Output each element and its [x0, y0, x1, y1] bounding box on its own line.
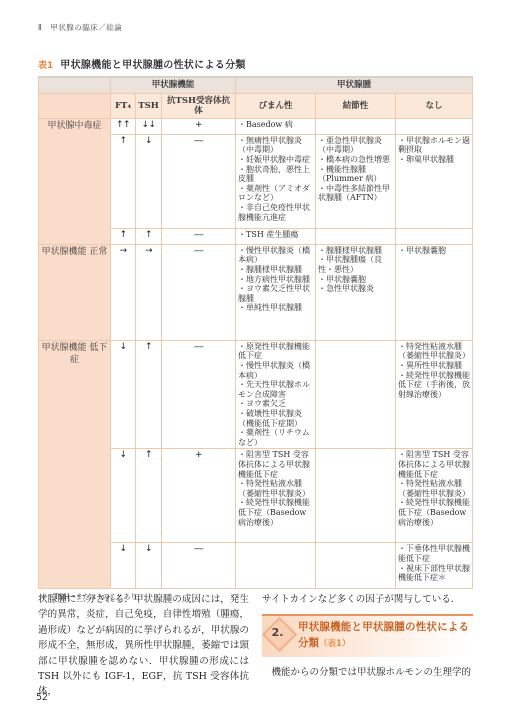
column-group-goiter: 甲状腺腫: [236, 77, 473, 93]
cell-tsh: ↑: [136, 228, 162, 244]
col-header-trab: 抗TSH受容体抗体: [162, 93, 236, 118]
cell-ft4: ↓: [111, 340, 136, 449]
list-item: TSH 産生腫瘍: [238, 230, 313, 240]
list-item: 先天性甲状腺ホルモン合成障害: [238, 380, 313, 399]
list-item: 特発性粘液水腫（萎縮性甲状腺炎）: [398, 342, 470, 361]
list-item: 急性甲状腺炎: [318, 284, 393, 294]
list-item: 単純性甲状腺腫: [238, 303, 313, 313]
cell-ft4: ↑↑: [111, 118, 136, 134]
list-item: 妊娠甲状腺中毒症: [238, 155, 313, 165]
cell-none: [396, 118, 473, 134]
list-item: 続発性甲状腺機能低下症（Basedow 病治療後）: [238, 498, 313, 527]
column-group-function: 甲状腺機能: [111, 77, 236, 93]
body-column-left: 状腺腫に二分される．甲状腺腫の成因には，発生学的異常，炎症，自己免疫，自律性増殖…: [38, 592, 249, 700]
list-item: ヨウ素欠乏性甲状腺腫: [238, 284, 313, 303]
list-item: ヨウ素欠乏: [238, 399, 313, 409]
list-item: 続発性甲状腺機能低下症（Basedow 病治療後）: [398, 498, 470, 527]
list-item: 特発性粘液水腫（萎縮性甲状腺炎）: [398, 479, 470, 498]
list-item: 機能性腺腫（Plummer 病）: [318, 165, 393, 184]
cell-trab: ―: [162, 244, 236, 340]
cell-none: 特発性粘液水腫（萎縮性甲状腺炎）異所性甲状腺腫続発性甲状腺機能低下症（手術後，放…: [396, 340, 473, 449]
cell-none: 下垂体性甲状腺機能低下症視床下部性甲状腺機能低下症＊: [396, 543, 473, 589]
group-label-euthyroid: 甲状腺機能 正常: [39, 244, 111, 340]
list-item: 橋本病の急性増悪: [318, 155, 393, 165]
cell-ft4: →: [111, 244, 136, 340]
cell-trab: ―: [162, 543, 236, 589]
cell-nodular: [316, 543, 396, 589]
list-item: 薬剤性（リチウムなど）: [238, 428, 313, 447]
table-caption-title: 甲状腺機能と甲状腺腫の性状による分類: [60, 56, 245, 71]
list-item: 特発性粘液水腫（萎縮性甲状腺炎）: [238, 479, 313, 498]
list-item: 慢性甲状腺炎（橋本病）: [238, 246, 313, 265]
running-header: Ⅱ 甲状腺の臨床／総論: [38, 22, 122, 33]
cell-diffuse: 無痛性甲状腺炎（中毒期）妊娠甲状腺中毒症胞状奇胎，悪性上皮腫薬剤性（アミオダロン…: [236, 134, 316, 228]
classification-table: 甲状腺機能 甲状腺腫 FT₄ TSH 抗TSH受容体抗体 びまん性 結節性 なし…: [38, 76, 473, 589]
cell-diffuse: 慢性甲状腺炎（橋本病）腺腫様甲状腺腫地方病性甲状腺腫ヨウ素欠乏性甲状腺腫単純性甲…: [236, 244, 316, 340]
cell-nodular: [316, 340, 396, 449]
body-text-area: 状腺腫に二分される．甲状腺腫の成因には，発生学的異常，炎症，自己免疫，自律性増殖…: [38, 592, 472, 700]
cell-trab: ―: [162, 340, 236, 449]
table-row: 甲状腺中毒症 ↑↑ ↓↓ + Basedow 病: [39, 118, 473, 134]
col-header-nodular: 結節性: [316, 93, 396, 118]
cell-tsh: ↓↓: [136, 118, 162, 134]
header-row-groups: 甲状腺機能 甲状腺腫: [39, 77, 473, 93]
group-label-thyrotoxicosis: 甲状腺中毒症: [39, 118, 111, 244]
cell-nodular: [316, 118, 396, 134]
cell-trab: ―: [162, 134, 236, 228]
cell-diffuse: 阻害型 TSH 受容体抗体による甲状腺機能低下症特発性粘液水腫（萎縮性甲状腺炎）…: [236, 449, 316, 543]
body-paragraph-left: 状腺腫に二分される．甲状腺腫の成因には，発生学的異常，炎症，自己免疫，自律性増殖…: [38, 592, 249, 700]
list-item: 下垂体性甲状腺機能低下症: [398, 544, 470, 563]
cell-trab: +: [162, 118, 236, 134]
cell-trab: ―: [162, 228, 236, 244]
list-item: 甲状腺嚢胞: [318, 275, 393, 285]
cell-tsh: →: [136, 244, 162, 340]
cell-ft4: ↑: [111, 228, 136, 244]
col-header-ft4: FT₄: [111, 93, 136, 118]
cell-tsh: ↑: [136, 340, 162, 449]
cell-none: [396, 228, 473, 244]
cell-nodular: [316, 449, 396, 543]
corner-cell: [39, 77, 111, 93]
list-item: 甲状腺ホルモン過剰摂取: [398, 136, 470, 155]
cell-nodular: 腺腫様甲状腺腫甲状腺腫瘍（良性・悪性）甲状腺嚢胞急性甲状腺炎: [316, 244, 396, 340]
col-header-diffuse: びまん性: [236, 93, 316, 118]
cell-tsh: ↓: [136, 543, 162, 589]
list-item: 異所性甲状腺腫: [398, 361, 470, 371]
list-item: 破壊性甲状腺炎（機能低下症期）: [238, 409, 313, 428]
list-item: 慢性甲状腺炎（橋本病）: [238, 361, 313, 380]
list-item: Basedow 病: [238, 120, 313, 130]
section-title: 甲状腺機能と甲状腺腫の性状による分類（表1）: [298, 620, 469, 650]
cell-trab: +: [162, 449, 236, 543]
table-row: 甲状腺機能 正常 → → ― 慢性甲状腺炎（橋本病）腺腫様甲状腺腫地方病性甲状腺…: [39, 244, 473, 340]
list-item: 原発性甲状腺機能低下症: [238, 342, 313, 361]
cell-ft4: ↓: [111, 543, 136, 589]
header-row-columns: FT₄ TSH 抗TSH受容体抗体 びまん性 結節性 なし: [39, 93, 473, 118]
table-block: 表1 甲状腺機能と甲状腺腫の性状による分類 甲状腺機能 甲状腺腫 FT₄ TSH…: [38, 56, 472, 602]
cell-nodular: 亜急性甲状腺炎（中毒期）橋本病の急性増悪機能性腺腫（Plummer 病）中毒性多…: [316, 134, 396, 228]
table-row: 甲状腺機能 低下症 ↓ ↑ ― 原発性甲状腺機能低下症慢性甲状腺炎（橋本病）先天…: [39, 340, 473, 449]
list-item: 地方病性甲状腺腫: [238, 275, 313, 285]
cell-tsh: ↑: [136, 449, 162, 543]
body-column-right: サイトカインなど多くの因子が関与している． 2. 甲状腺機能と甲状腺腫の性状によ…: [262, 592, 473, 700]
cell-diffuse: Basedow 病: [236, 118, 316, 134]
cell-none: 甲状腺嚢胞: [396, 244, 473, 340]
cell-none: 甲状腺ホルモン過剰摂取卵巣甲状腺腫: [396, 134, 473, 228]
list-item: 阻害型 TSH 受容体抗体による甲状腺機能低下症: [398, 450, 470, 479]
section-heading-box: 2. 甲状腺機能と甲状腺腫の性状による分類（表1）: [262, 614, 473, 656]
list-item: 中毒性多結節性甲状腺腫（AFTN）: [318, 184, 393, 203]
list-item: 腺腫様甲状腺腫: [238, 265, 313, 275]
col-header-none: なし: [396, 93, 473, 118]
section-number: 2.: [265, 624, 290, 642]
cell-ft4: ↑: [111, 134, 136, 228]
cell-diffuse: TSH 産生腫瘍: [236, 228, 316, 244]
cell-diffuse: 原発性甲状腺機能低下症慢性甲状腺炎（橋本病）先天性甲状腺ホルモン合成障害ヨウ素欠…: [236, 340, 316, 449]
list-item: 阻害型 TSH 受容体抗体による甲状腺機能低下症: [238, 450, 313, 479]
table-caption: 表1 甲状腺機能と甲状腺腫の性状による分類: [38, 56, 472, 71]
list-item: 視床下部性甲状腺機能低下症＊: [398, 564, 470, 583]
table-caption-label: 表1: [38, 58, 53, 71]
group-label-hypothyroidism: 甲状腺機能 低下症: [39, 340, 111, 589]
section-title-table-ref: （表1）: [319, 639, 350, 649]
list-item: 無痛性甲状腺炎（中毒期）: [238, 136, 313, 155]
body-paragraph-right-top: サイトカインなど多くの因子が関与している．: [262, 592, 473, 607]
cell-nodular: [316, 228, 396, 244]
col-header-tsh: TSH: [136, 93, 162, 118]
list-item: 非自己免疫性甲状腺機能亢進症: [238, 203, 313, 222]
list-item: 薬剤性（アミオダロンなど）: [238, 184, 313, 203]
list-item: 甲状腺腫瘍（良性・悪性）: [318, 255, 393, 274]
cell-diffuse: [236, 543, 316, 589]
list-item: 卵巣甲状腺腫: [398, 155, 470, 165]
cell-none: 阻害型 TSH 受容体抗体による甲状腺機能低下症特発性粘液水腫（萎縮性甲状腺炎）…: [396, 449, 473, 543]
list-item: 胞状奇胎，悪性上皮腫: [238, 165, 313, 184]
list-item: 続発性甲状腺機能低下症（手術後，放射線治療後）: [398, 371, 470, 400]
cell-tsh: ↓: [136, 134, 162, 228]
corner-cell-2: [39, 93, 111, 118]
textbook-page: Ⅱ 甲状腺の臨床／総論 表1 甲状腺機能と甲状腺腫の性状による分類 甲状腺機能 …: [0, 0, 510, 720]
body-paragraph-right-bottom: 機能からの分類では甲状腺ホルモンの生理学的: [262, 665, 473, 680]
list-item: 亜急性甲状腺炎（中毒期）: [318, 136, 393, 155]
cell-ft4: ↓: [111, 449, 136, 543]
page-number: 52: [36, 692, 48, 703]
list-item: 甲状腺嚢胞: [398, 246, 470, 256]
